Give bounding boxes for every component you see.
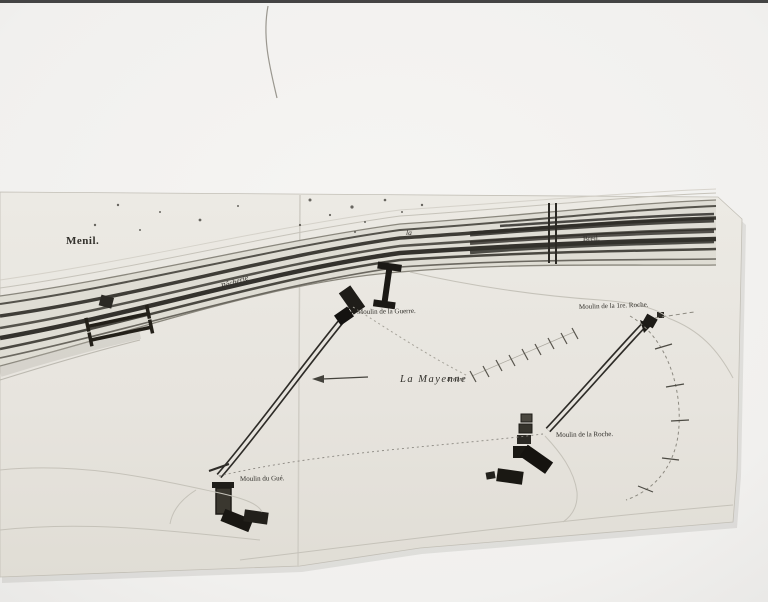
speckle bbox=[139, 229, 141, 231]
gue-tower bbox=[216, 488, 231, 514]
speckle bbox=[350, 205, 353, 208]
roche-sluice-block bbox=[521, 414, 532, 422]
roche-sluice-block bbox=[519, 424, 532, 433]
speckle bbox=[329, 214, 331, 216]
roche-sluice-block bbox=[517, 435, 531, 444]
photograph-of-manuscript-map: Menil. Pêcherie la Breil. Moulin de la G… bbox=[0, 0, 768, 602]
label-la: la bbox=[406, 228, 412, 237]
speckle bbox=[309, 199, 312, 202]
label-moulin-roche: Moulin de la Roche. bbox=[556, 430, 614, 439]
speckle bbox=[354, 231, 356, 233]
speckle bbox=[237, 205, 239, 207]
label-menil: Menil. bbox=[66, 235, 99, 247]
speckle bbox=[117, 204, 119, 206]
speckle bbox=[159, 211, 161, 213]
speckle bbox=[299, 224, 301, 226]
photo-top-edge bbox=[0, 0, 768, 3]
speckle bbox=[401, 211, 403, 213]
speckle bbox=[364, 221, 366, 223]
speckle bbox=[199, 219, 202, 222]
label-moulin-guerre: Moulin de la Guerre. bbox=[357, 307, 416, 316]
gue-sluice-cap bbox=[212, 482, 234, 488]
speckle bbox=[421, 204, 423, 206]
label-breil: Breil. bbox=[583, 233, 600, 243]
label-riviere: Rivière bbox=[446, 377, 464, 383]
speckle bbox=[94, 224, 96, 226]
speckle bbox=[384, 199, 387, 202]
label-moulin-gue: Moulin du Gué. bbox=[240, 474, 285, 483]
